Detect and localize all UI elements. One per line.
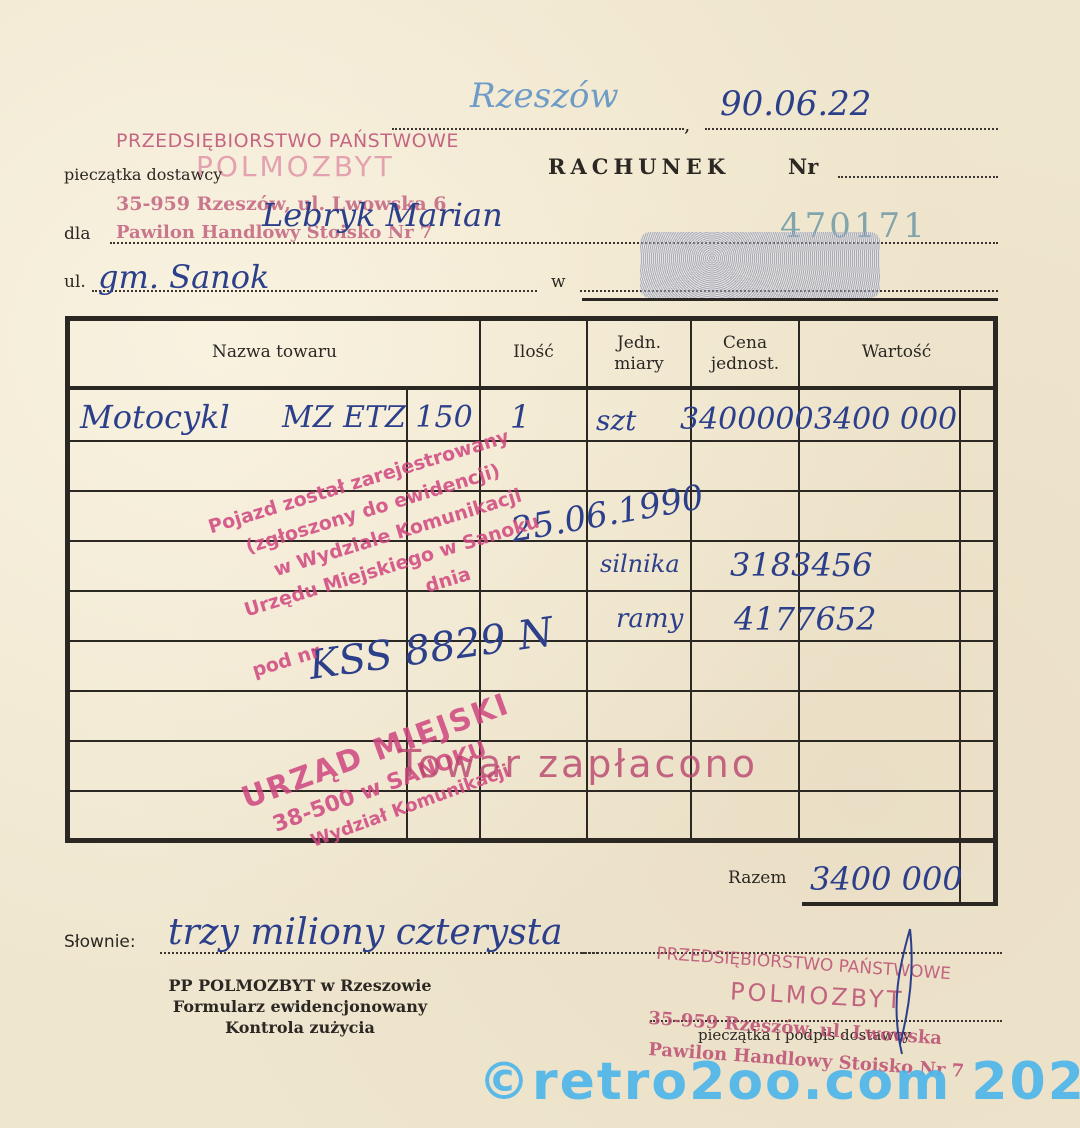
- for-label: dla: [64, 224, 90, 244]
- footer-line1: PP POLMOZBYT w Rzeszowie: [110, 975, 490, 996]
- row-item-value: 3400 000: [814, 402, 957, 437]
- total-label: Razem: [728, 868, 786, 888]
- total-value: 3400 000: [810, 860, 963, 898]
- header-qty: Ilość: [481, 342, 586, 363]
- street-label: ul.: [64, 272, 86, 292]
- header-unit-line2: miary: [588, 354, 690, 375]
- header-price-line1: Cena: [692, 333, 798, 354]
- date-dotted-line: [705, 128, 998, 130]
- footer-line3: Kontrola zużycia: [110, 1017, 490, 1038]
- header-value: Wartość: [800, 342, 993, 363]
- registration-stamp-line6: pod nr: [250, 640, 323, 681]
- in-label: w: [551, 272, 566, 292]
- number-dotted-line: [838, 176, 998, 178]
- header-rule: [582, 298, 998, 301]
- signature-mark: [870, 924, 930, 1064]
- supplier-stamp-label: pieczątka dostawcy: [64, 165, 222, 184]
- paid-stamp: Towar zapłacono: [398, 742, 758, 786]
- note-engine-number: 3183456: [730, 546, 873, 584]
- supplier-stamp-line2: POLMOZBYT: [196, 150, 395, 183]
- note-frame-number: 4177652: [734, 600, 877, 638]
- document-title: RACHUNEK: [548, 154, 730, 179]
- number-label: Nr: [788, 154, 818, 179]
- note-engine-label: silnika: [600, 550, 680, 578]
- redacted-smudge: [640, 232, 880, 298]
- header-name: Nazwa towaru: [70, 342, 479, 363]
- row-item-price: 3400000: [680, 402, 814, 437]
- row-item-name: Motocykl: [80, 398, 230, 436]
- watermark: ©retro2oo.com 2021: [478, 1052, 1080, 1112]
- handwritten-street: gm. Sanok: [98, 258, 269, 296]
- handwritten-place: Rzeszów: [470, 76, 619, 116]
- comma-separator: ,: [684, 112, 690, 136]
- note-frame-label: ramy: [616, 604, 683, 634]
- registration-stamp-line5: dnia: [423, 563, 474, 598]
- row-item-unit: szt: [596, 404, 636, 437]
- footer-block: PP POLMOZBYT w Rzeszowie Formularz ewide…: [110, 975, 490, 1038]
- supplier-stamp-line1: PRZEDSIĘBIORSTWO PAŃSTWOWE: [116, 130, 459, 152]
- header-price-line2: jednost.: [692, 354, 798, 375]
- handwritten-date: 90.06.22: [720, 84, 871, 124]
- col-subdivider-grosze: [959, 390, 961, 843]
- handwritten-customer-name: Lebryk Marian: [262, 196, 503, 234]
- footer-line2: Formularz ewidencjonowany: [110, 996, 490, 1017]
- header-unit-line1: Jedn.: [588, 333, 690, 354]
- totals-right-border: [993, 843, 998, 905]
- in-words-label: Słownie:: [64, 932, 136, 952]
- totals-bottom-border: [802, 902, 998, 906]
- in-words-value: trzy miliony czterysta: [168, 912, 563, 953]
